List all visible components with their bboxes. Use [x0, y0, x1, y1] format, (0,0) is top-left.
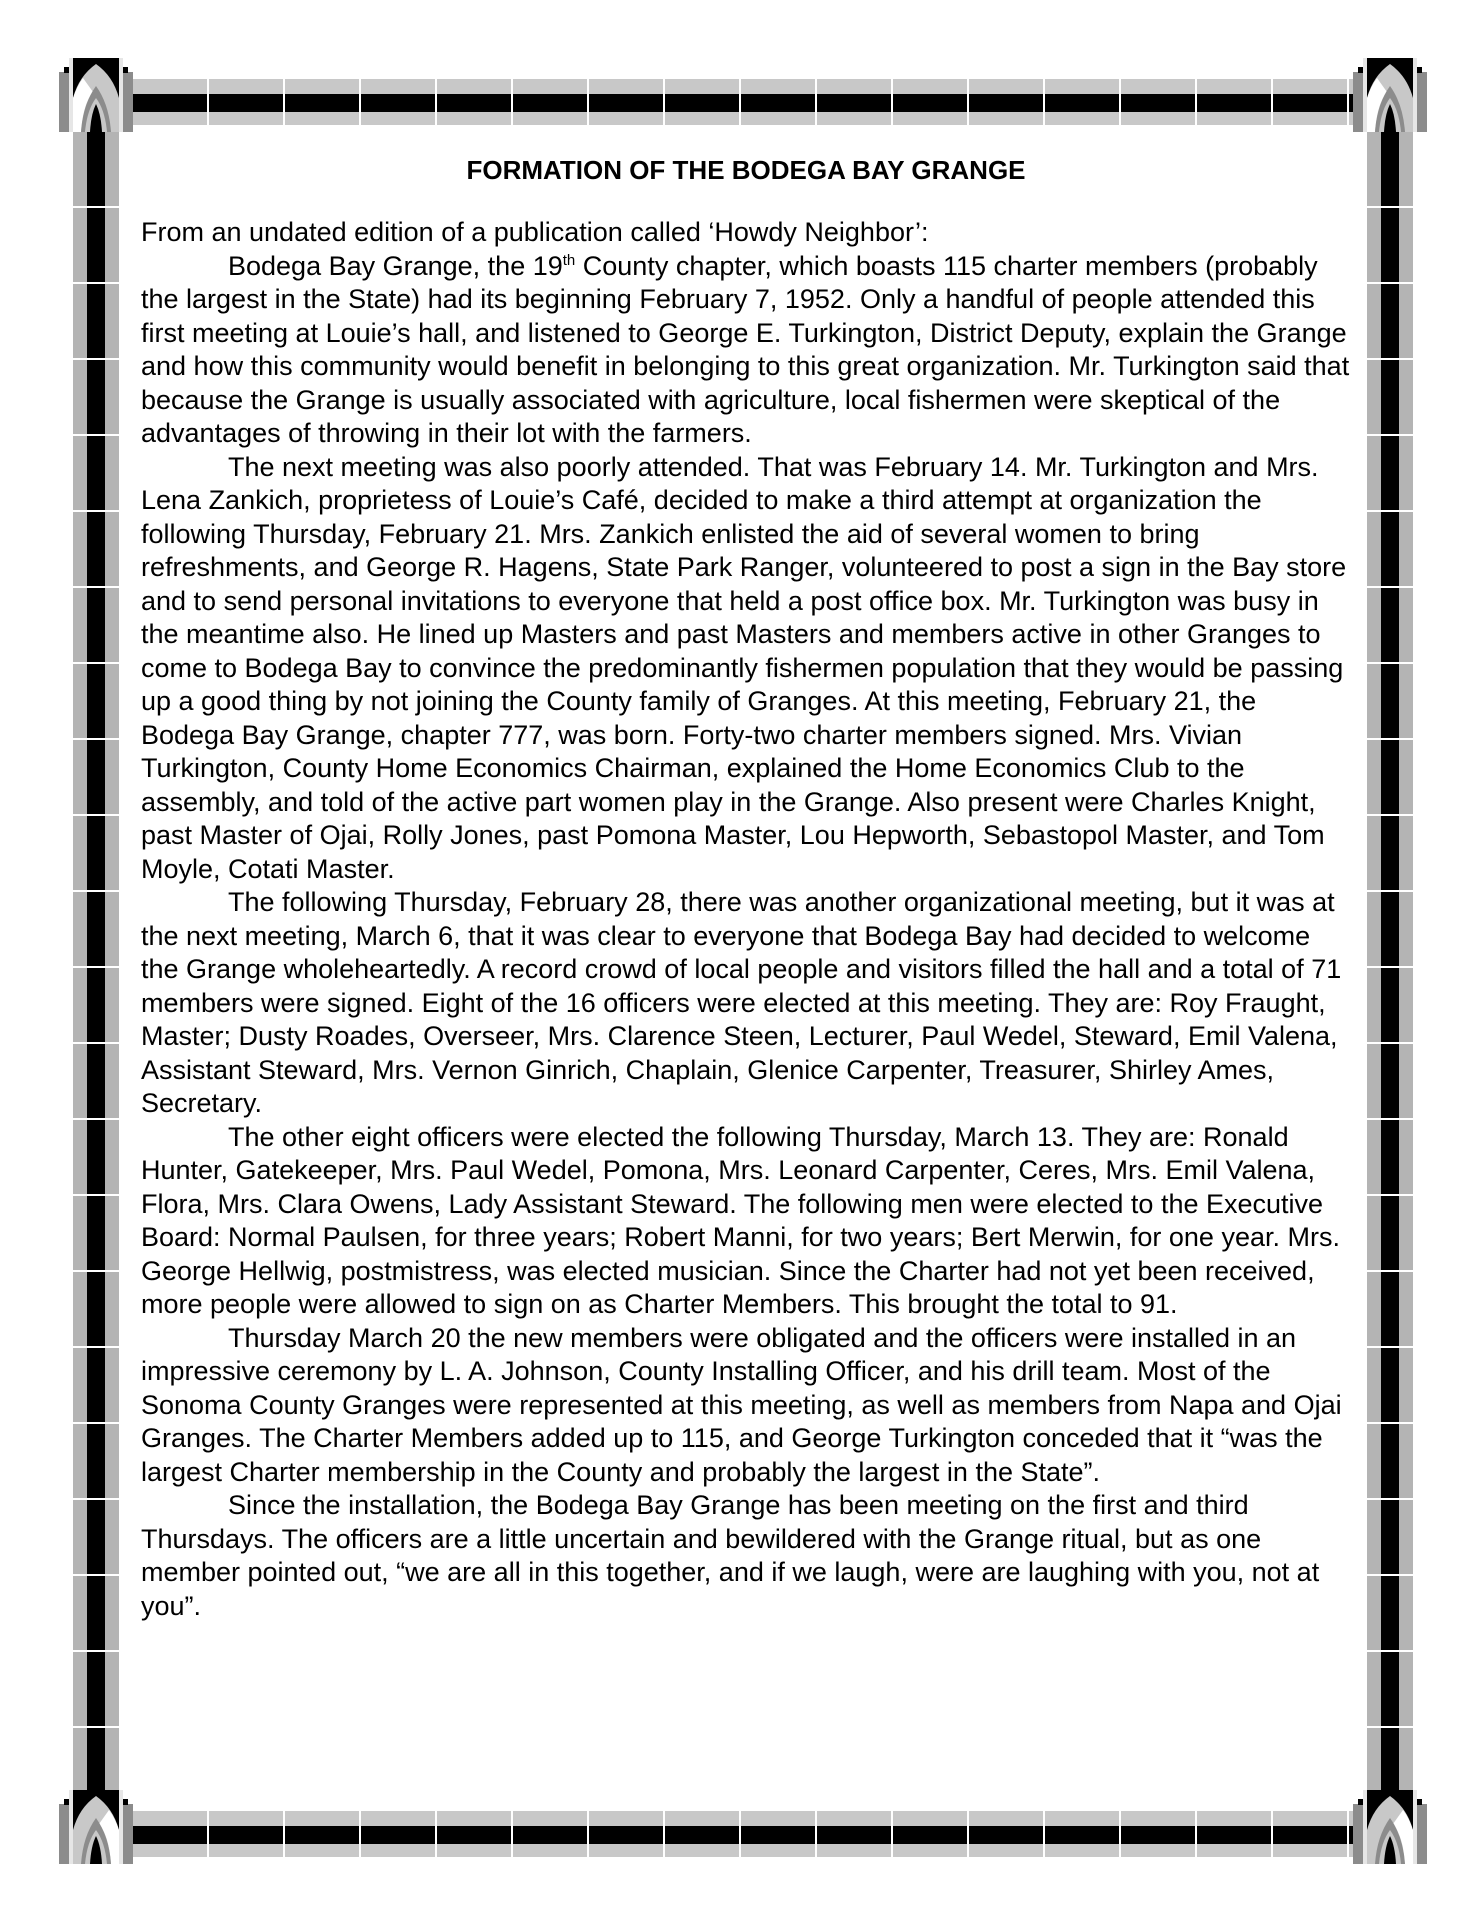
paragraph-5: Thursday March 20 the new members were o… — [141, 1322, 1351, 1490]
document-body: FORMATION OF THE BODEGA BAY GRANGE From … — [141, 154, 1351, 1623]
bottom-border-bar — [133, 1811, 1353, 1857]
paragraph-1: Bodega Bay Grange, the 19th County chapt… — [141, 250, 1351, 451]
arch-corner-ornament-bottom-left-icon — [59, 1790, 133, 1864]
arch-corner-ornament-bottom-right-icon — [1353, 1790, 1427, 1864]
ordinal-superscript: th — [563, 252, 576, 269]
paragraph-2: The next meeting was also poorly attende… — [141, 451, 1351, 887]
top-border-bar — [133, 79, 1353, 125]
paragraph-6: Since the installation, the Bodega Bay G… — [141, 1489, 1351, 1623]
arch-corner-ornament-top-left-icon — [59, 58, 133, 132]
intro-line: From an undated edition of a publication… — [141, 216, 1351, 250]
document-title: FORMATION OF THE BODEGA BAY GRANGE — [141, 154, 1351, 186]
paragraph-4: The other eight officers were elected th… — [141, 1121, 1351, 1322]
left-border-bar — [73, 132, 119, 1790]
arch-corner-ornament-top-right-icon — [1353, 58, 1427, 132]
paragraph-1-text-a: Bodega Bay Grange, the 19 — [228, 251, 563, 281]
right-border-bar — [1367, 132, 1413, 1790]
paragraph-3: The following Thursday, February 28, the… — [141, 886, 1351, 1121]
